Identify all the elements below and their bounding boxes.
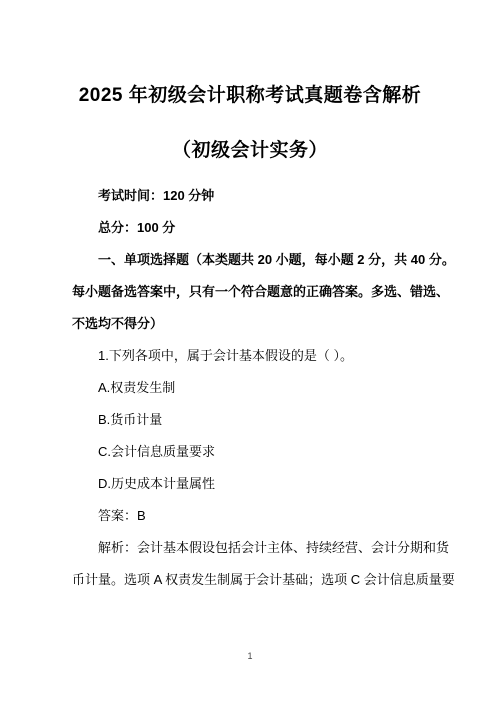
option-a: A.权责发生制: [72, 372, 470, 404]
section-header-line: 不选均不得分）: [72, 308, 470, 340]
option-d: D.历史成本计量属性: [72, 468, 470, 500]
document-page: 2025 年初级会计职称考试真题卷含解析 （初级会计实务） 考试时间：120 分…: [0, 0, 500, 707]
document-title: 2025 年初级会计职称考试真题卷含解析 （初级会计实务）: [0, 68, 500, 178]
question-1: 1.下列各项中，属于会计基本假设的是（ ）。 A.权责发生制 B.货币计量 C.…: [72, 340, 470, 596]
analysis-line: 解析：会计基本假设包括会计主体、持续经营、会计分期和货: [72, 532, 470, 564]
exam-time-line: 考试时间：120 分钟: [72, 180, 470, 212]
title-line-1: 2025 年初级会计职称考试真题卷含解析: [0, 68, 500, 123]
analysis-line: 币计量。选项 A 权责发生制属于会计基础；选项 C 会计信息质量要: [72, 564, 470, 596]
section-header-line: 每小题备选答案中，只有一个符合题意的正确答案。多选、错选、: [72, 276, 470, 308]
total-score-line: 总分：100 分: [72, 212, 470, 244]
option-b: B.货币计量: [72, 404, 470, 436]
section-header-line: 一、单项选择题（本类题共 20 小题，每小题 2 分，共 40 分。: [72, 244, 470, 276]
page-number: 1: [0, 651, 500, 661]
answer-line: 答案：B: [72, 500, 470, 532]
title-line-2-subtitle: （初级会计实务）: [0, 123, 500, 178]
question-stem: 1.下列各项中，属于会计基本假设的是（ ）。: [72, 340, 470, 372]
document-body: 考试时间：120 分钟 总分：100 分 一、单项选择题（本类题共 20 小题，…: [0, 180, 500, 596]
section-header: 一、单项选择题（本类题共 20 小题，每小题 2 分，共 40 分。 每小题备选…: [72, 244, 470, 340]
option-c: C.会计信息质量要求: [72, 436, 470, 468]
